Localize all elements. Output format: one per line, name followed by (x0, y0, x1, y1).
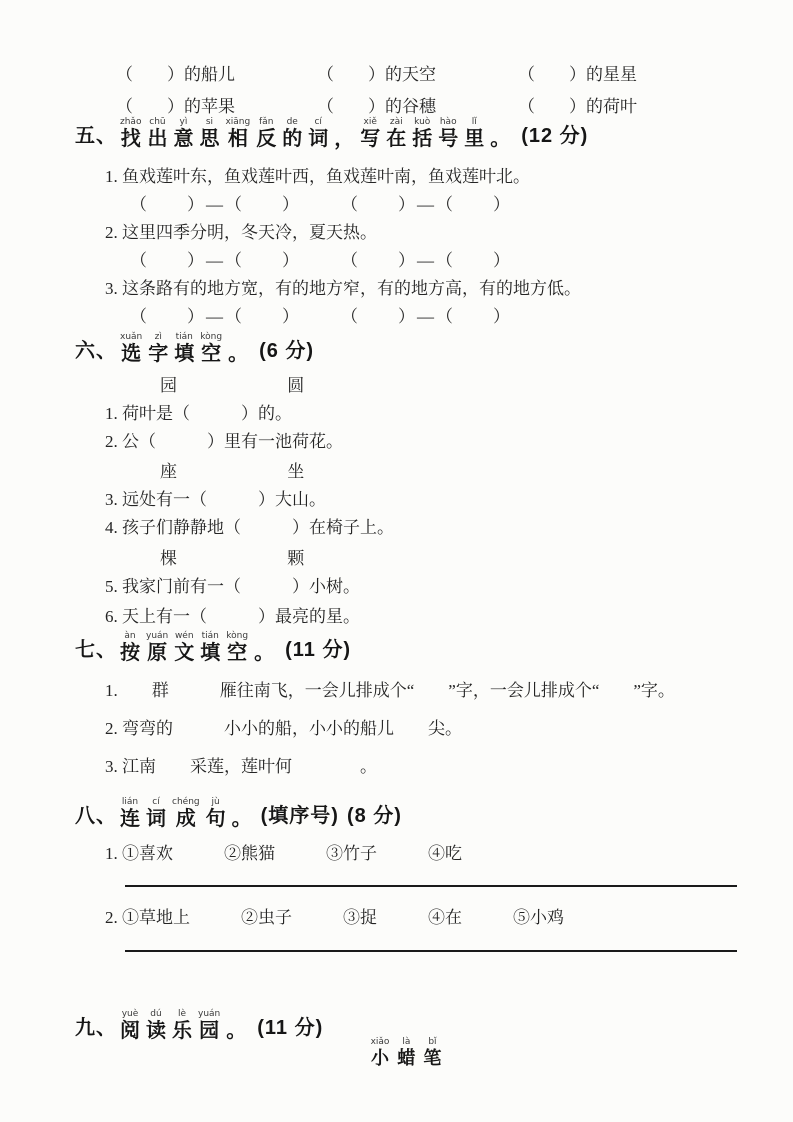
pinyin-char: lè乐 (172, 1009, 192, 1042)
section8-number: 八、 (75, 799, 117, 830)
s5-question-1: 1. 鱼戏莲叶东，鱼戏莲叶西，鱼戏莲叶南，鱼戏莲叶北。 (75, 163, 737, 191)
pinyin-char: kuò括 (412, 117, 432, 150)
s6-question-2: 2. 公（ ）里有一池荷花。 (75, 428, 737, 456)
pinyin-char: ， (334, 117, 354, 150)
s5-answer-brackets-1: （ ）—（ ） （ ）—（ ） (75, 191, 737, 219)
section6-score: (6 分) (259, 334, 314, 365)
pinyin-char: yuán原 (146, 631, 168, 664)
section5-title-with-pinyin: zhǎo找chū出yì意si思xiāng相fǎn反de的cí词 ，xiě写zài… (117, 117, 513, 150)
pinyin-char: dú读 (146, 1009, 166, 1042)
s5-question-2: 2. 这里四季分明，冬天冷，夏天热。 (75, 219, 737, 247)
section7-heading: 七、 àn按yuán原wén文tián填kòng空 。 (11 分) (75, 629, 737, 664)
s8-question-1: 1. ①喜欢 ②熊猫 ③竹子 ④吃 (75, 840, 737, 868)
section6-heading: 六、 xuǎn选zì字tián填kòng空 。 (6 分) (75, 330, 737, 365)
section7-number: 七、 (75, 633, 117, 664)
pinyin-char: chū出 (147, 117, 167, 150)
pinyin-char: zì字 (148, 332, 168, 365)
choice-char: 颗 (287, 549, 304, 568)
pinyin-char: 。 (254, 631, 274, 664)
s6-question-3: 3. 远处有一（ ）大山。 (75, 486, 737, 514)
pinyin-char: 。 (228, 332, 248, 365)
choice-char: 棵 (160, 549, 177, 568)
section9-title-with-pinyin: yuè阅dú读lè乐yuán园 。 (117, 1009, 249, 1042)
section5-score: (12 分) (521, 119, 588, 150)
choice-char: 坐 (287, 462, 304, 481)
choice-char: 园 (160, 376, 177, 395)
section6-title-with-pinyin: xuǎn选zì字tián填kòng空 。 (117, 332, 251, 365)
choice-char: 圆 (287, 376, 304, 395)
pinyin-char: wén文 (174, 631, 194, 664)
section8-title-with-pinyin: lián连cí词chéng成jù句 。 (117, 797, 255, 830)
pinyin-char: yuán园 (198, 1009, 220, 1042)
answer-line (125, 950, 737, 952)
fill-blank-item: （ ）的星星 (518, 62, 637, 88)
pinyin-char: tián填 (174, 332, 194, 365)
section9-score: (11 分) (257, 1011, 323, 1042)
s6-question-5: 5. 我家门前有一（ ）小树。 (75, 573, 737, 601)
pinyin-char: bǐ笔 (423, 1037, 441, 1069)
exam-worksheet-page: （ ）的船儿 （ ）的天空 （ ）的星星 （ ）的苹果 （ ）的谷穗 （ ）的荷… (0, 0, 793, 1122)
pinyin-char: xiǎo小 (371, 1037, 390, 1069)
fill-blank-item: （ ）的船儿 (116, 62, 317, 88)
s6-question-6: 6. 天上有一（ ）最亮的星。 (75, 603, 737, 631)
fill-blank-row-1: （ ）的船儿 （ ）的天空 （ ）的星星 (75, 62, 737, 88)
pinyin-char: yì意 (173, 117, 193, 150)
s5-answer-brackets-3: （ ）—（ ） （ ）—（ ） (75, 303, 737, 331)
pinyin-char: lián连 (120, 797, 140, 830)
pinyin-char: de的 (282, 117, 302, 150)
s7-question-3: 3. 江南 采莲，莲叶何 。 (75, 753, 737, 781)
s6-question-4: 4. 孩子们静静地（ ）在椅子上。 (75, 514, 737, 542)
fill-blank-item: （ ）的荷叶 (518, 94, 637, 120)
s8-question-2: 2. ①草地上 ②虫子 ③捉 ④在 ⑤小鸡 (75, 904, 737, 932)
pinyin-char: yuè阅 (120, 1009, 140, 1042)
section5-number: 五、 (75, 119, 117, 150)
section7-title-with-pinyin: àn按yuán原wén文tián填kòng空 。 (117, 631, 277, 664)
pinyin-char: zài在 (386, 117, 406, 150)
pinyin-char: 。 (490, 117, 510, 150)
pinyin-char: hào号 (438, 117, 458, 150)
s7-question-1: 1. 群 雁往南飞，一会儿排成个“ ”字，一会儿排成个“ ”字。 (75, 677, 737, 705)
pinyin-char: zhǎo找 (120, 117, 141, 150)
section6-number: 六、 (75, 334, 117, 365)
pinyin-char: 。 (226, 1009, 246, 1042)
pinyin-char: cí词 (146, 797, 166, 830)
section8-note: (填序号) (261, 799, 339, 830)
section8-score: (8 分) (347, 799, 402, 830)
pinyin-char: kòng空 (226, 631, 248, 664)
pinyin-char: kòng空 (200, 332, 222, 365)
choice-char: 座 (160, 462, 177, 481)
pinyin-char: là蜡 (397, 1037, 415, 1069)
section8-heading: 八、 lián连cí词chéng成jù句 。 (填序号) (8 分) (75, 795, 737, 830)
s5-question-3: 3. 这条路有的地方宽，有的地方窄，有的地方高，有的地方低。 (75, 275, 737, 303)
fill-blank-item: （ ）的天空 (317, 62, 518, 88)
pinyin-char: si思 (199, 117, 219, 150)
s6-choice-pair-1: 园 圆 (75, 372, 737, 400)
pinyin-char: xuǎn选 (120, 332, 142, 365)
s7-question-2: 2. 弯弯的 小小的船，小小的船儿 尖。 (75, 715, 737, 743)
pinyin-char: fǎn反 (256, 117, 276, 150)
pinyin-char: àn按 (120, 631, 140, 664)
pinyin-char: xiāng相 (225, 117, 250, 150)
s5-answer-brackets-2: （ ）—（ ） （ ）—（ ） (75, 247, 737, 275)
pinyin-char: chéng成 (172, 797, 200, 830)
s6-question-1: 1. 荷叶是（ ）的。 (75, 400, 737, 428)
s6-choice-pair-3: 棵 颗 (75, 545, 737, 573)
section9-number: 九、 (75, 1011, 117, 1042)
pinyin-char: tián填 (200, 631, 220, 664)
section7-score: (11 分) (285, 633, 351, 664)
answer-line (125, 885, 737, 887)
pinyin-char: xiě写 (360, 117, 380, 150)
s6-choice-pair-2: 座 坐 (75, 458, 737, 486)
pinyin-char: lǐ里 (464, 117, 484, 150)
section5-heading: 五、 zhǎo找chū出yì意si思xiāng相fǎn反de的cí词 ，xiě写… (75, 115, 737, 150)
pinyin-char: cí词 (308, 117, 328, 150)
pinyin-char: jù句 (206, 797, 226, 830)
pinyin-char: 。 (232, 797, 252, 830)
